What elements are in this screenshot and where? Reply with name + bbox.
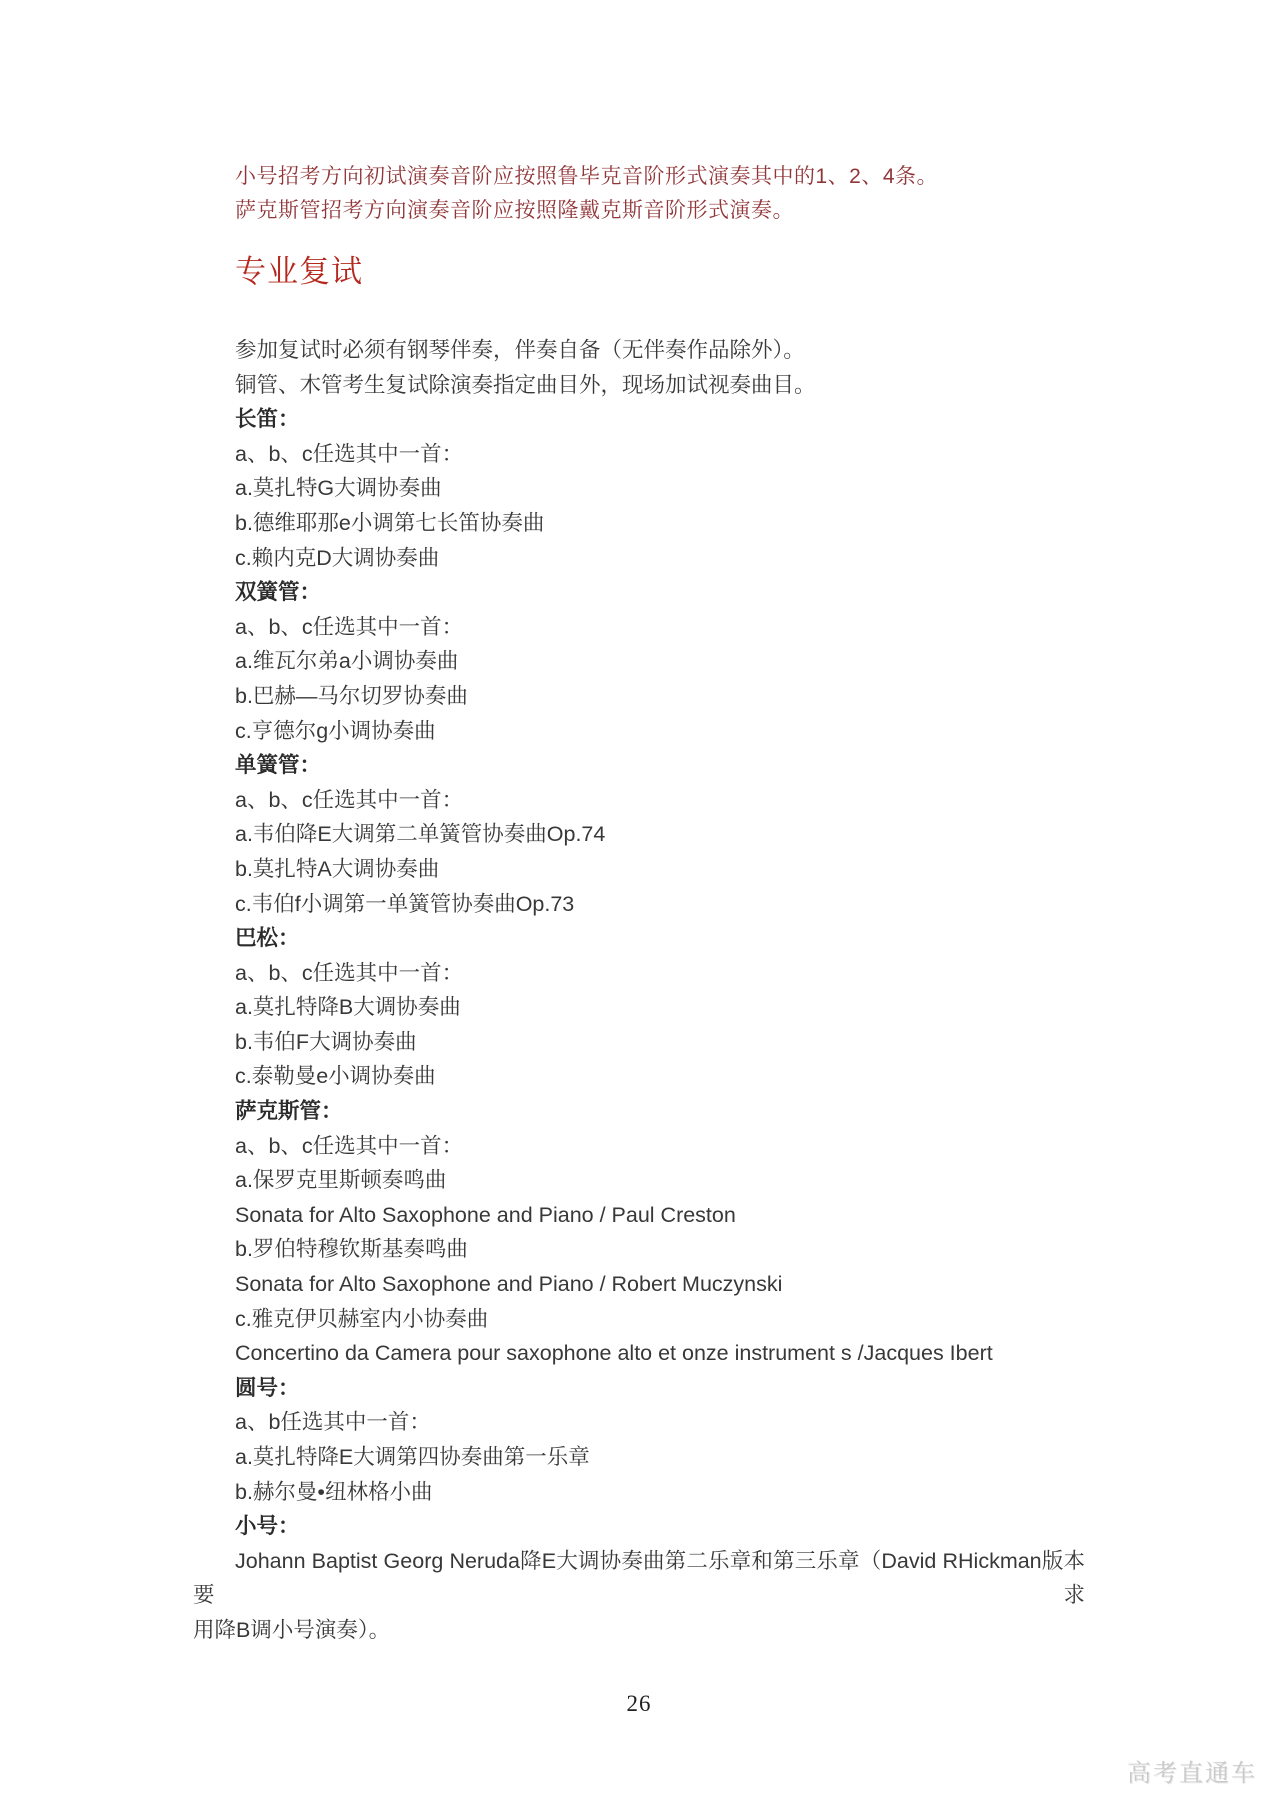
page-content: 小号招考方向初试演奏音阶应按照鲁毕克音阶形式演奏其中的1、2、4条。 萨克斯管招… (193, 160, 1085, 1717)
piece-item: c.赖内克D大调协奏曲 (193, 541, 1085, 576)
piece-item: a.韦伯降E大调第二单簧管协奏曲Op.74 (193, 817, 1085, 852)
choice-instruction: a、b、c任选其中一首： (193, 1129, 1085, 1164)
watermark: 高考直通车 (1127, 1753, 1257, 1788)
trumpet-piece-line-2: 用降B调小号演奏）。 (193, 1613, 1085, 1648)
section-heading-oboe: 双簧管： (193, 575, 1085, 610)
piece-item-latin-title: Sonata for Alto Saxophone and Piano / Pa… (193, 1198, 1085, 1233)
piece-item-latin-title: Sonata for Alto Saxophone and Piano / Ro… (193, 1267, 1085, 1302)
document-page: 小号招考方向初试演奏音阶应按照鲁毕克音阶形式演奏其中的1、2、4条。 萨克斯管招… (0, 0, 1280, 1811)
scale-notice-trumpet: 小号招考方向初试演奏音阶应按照鲁毕克音阶形式演奏其中的1、2、4条。 (193, 160, 1085, 194)
piece-item: b.德维耶那e小调第七长笛协奏曲 (193, 506, 1085, 541)
piece-item-latin-title: Concertino da Camera pour saxophone alto… (193, 1336, 1085, 1371)
piece-item: c.韦伯f小调第一单簧管协奏曲Op.73 (193, 887, 1085, 922)
piece-item: a.保罗克里斯顿奏鸣曲 (193, 1163, 1085, 1198)
piece-item: b.莫扎特A大调协奏曲 (193, 852, 1085, 887)
piece-item: a.莫扎特降E大调第四协奏曲第一乐章 (193, 1440, 1085, 1475)
choice-instruction: a、b、c任选其中一首： (193, 610, 1085, 645)
piece-item: a.莫扎特降B大调协奏曲 (193, 990, 1085, 1025)
piece-item: b.罗伯特穆钦斯基奏鸣曲 (193, 1232, 1085, 1267)
section-heading-saxophone: 萨克斯管： (193, 1094, 1085, 1129)
piece-item: c.亨德尔g小调协奏曲 (193, 714, 1085, 749)
piece-item: b.赫尔曼•纽林格小曲 (193, 1475, 1085, 1510)
section-heading-horn: 圆号： (193, 1371, 1085, 1406)
section-heading-trumpet: 小号： (193, 1509, 1085, 1544)
intro-sight-reading: 铜管、木管考生复试除演奏指定曲目外，现场加试视奏曲目。 (193, 368, 1085, 403)
piece-item: c.雅克伊贝赫室内小协奏曲 (193, 1302, 1085, 1337)
section-heading-bassoon: 巴松： (193, 921, 1085, 956)
piece-item: a.莫扎特G大调协奏曲 (193, 471, 1085, 506)
choice-instruction: a、b、c任选其中一首： (193, 956, 1085, 991)
section-title-professional-retest: 专业复试 (235, 255, 1085, 289)
choice-instruction: a、b、c任选其中一首： (193, 437, 1085, 472)
page-number: 26 (193, 1691, 1085, 1717)
scale-notice-saxophone: 萨克斯管招考方向演奏音阶应按照隆戴克斯音阶形式演奏。 (193, 194, 1085, 228)
section-heading-clarinet: 单簧管： (193, 748, 1085, 783)
piece-item: a.维瓦尔弟a小调协奏曲 (193, 644, 1085, 679)
choice-instruction: a、b任选其中一首： (193, 1405, 1085, 1440)
piece-item: c.泰勒曼e小调协奏曲 (193, 1059, 1085, 1094)
choice-instruction: a、b、c任选其中一首： (193, 783, 1085, 818)
section-heading-flute: 长笛： (193, 402, 1085, 437)
repertoire-list: 参加复试时必须有钢琴伴奏，伴奏自备（无伴奏作品除外）。 铜管、木管考生复试除演奏… (193, 333, 1085, 1648)
intro-accompaniment: 参加复试时必须有钢琴伴奏，伴奏自备（无伴奏作品除外）。 (193, 333, 1085, 368)
piece-item: b.巴赫—马尔切罗协奏曲 (193, 679, 1085, 714)
piece-item: b.韦伯F大调协奏曲 (193, 1025, 1085, 1060)
trumpet-piece-line-1: Johann Baptist Georg Neruda降E大调协奏曲第二乐章和第… (193, 1544, 1085, 1613)
